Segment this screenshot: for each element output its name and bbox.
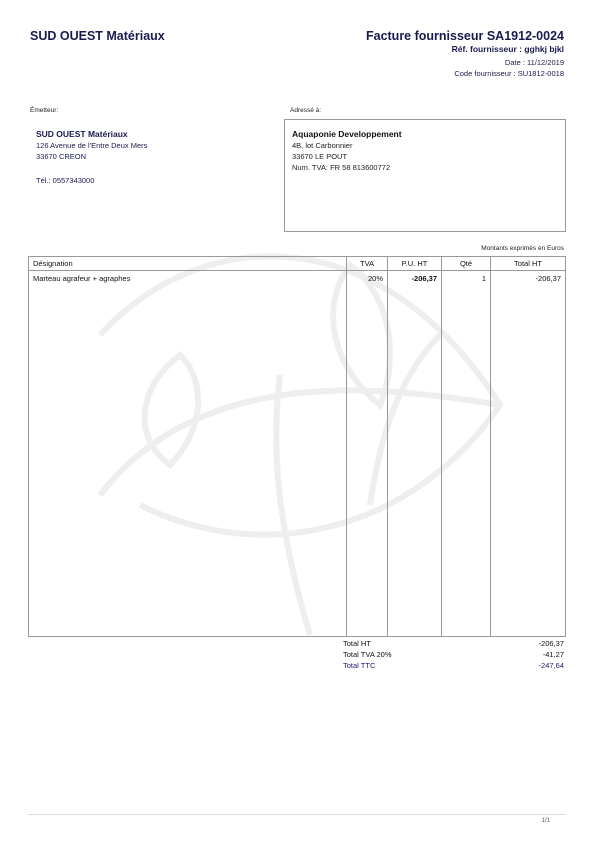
recipient-address-line1: 4B, lot Carbonnier [292, 141, 352, 150]
filler-cell [442, 286, 491, 637]
supplier-reference: Réf. fournisseur : gghkj bjkl [452, 44, 564, 54]
row-designation: Marteau agrafeur + agraphes [29, 271, 347, 287]
header-designation: Désignation [29, 257, 347, 271]
recipient-address-line2: 33670 LE POUT [292, 152, 347, 161]
page-number: 1/1 [542, 818, 550, 824]
footer-divider [28, 814, 566, 815]
row-qte: 1 [442, 271, 491, 287]
invoice-lines-table: Désignation TVA P.U. HT Qté Total HT Mar… [28, 256, 566, 637]
invoice-title: Facture fournisseur SA1912-0024 [366, 29, 564, 43]
table-row: Marteau agrafeur + agraphes 20% -206,37 … [29, 271, 566, 287]
filler-cell [347, 286, 388, 637]
total-tva-value: -41,27 [543, 650, 564, 659]
emitter-label: Émetteur: [30, 107, 58, 114]
table-filler-row [29, 286, 566, 637]
row-pu-ht: -206,37 [388, 271, 442, 287]
row-total-ht: -206,37 [491, 271, 566, 287]
emitter-name: SUD OUEST Matériaux [36, 129, 128, 139]
header-pu-ht: P.U. HT [388, 257, 442, 271]
recipient-name: Aquaponie Developpement [292, 129, 402, 139]
filler-cell [29, 286, 347, 637]
currency-note: Montants exprimés en Euros [481, 245, 564, 252]
table-header-row: Désignation TVA P.U. HT Qté Total HT [29, 257, 566, 271]
total-ttc-label: Total TTC [343, 661, 375, 670]
header-qte: Qté [442, 257, 491, 271]
emitter-address-line2: 33670 CREON [36, 152, 86, 161]
header-total-ht: Total HT [491, 257, 566, 271]
recipient-label: Adressé à: [290, 107, 321, 114]
filler-cell [491, 286, 566, 637]
supplier-code: Code fournisseur : SU1812-0018 [454, 69, 564, 78]
total-ht-label: Total HT [343, 639, 371, 648]
total-ttc-value: -247,64 [539, 661, 564, 670]
company-name-header: SUD OUEST Matériaux [30, 29, 165, 43]
filler-cell [388, 286, 442, 637]
total-ht-value: -206,37 [539, 639, 564, 648]
invoice-date: Date : 11/12/2019 [505, 58, 564, 67]
emitter-address-line1: 126 Avenue de l'Entre Deux Mers [36, 141, 147, 150]
recipient-vat-number: Num. TVA: FR 58 813600772 [292, 163, 390, 172]
row-tva: 20% [347, 271, 388, 287]
total-tva-label: Total TVA 20% [343, 650, 392, 659]
emitter-phone: Tél.: 0557343000 [36, 176, 94, 185]
header-tva: TVA [347, 257, 388, 271]
